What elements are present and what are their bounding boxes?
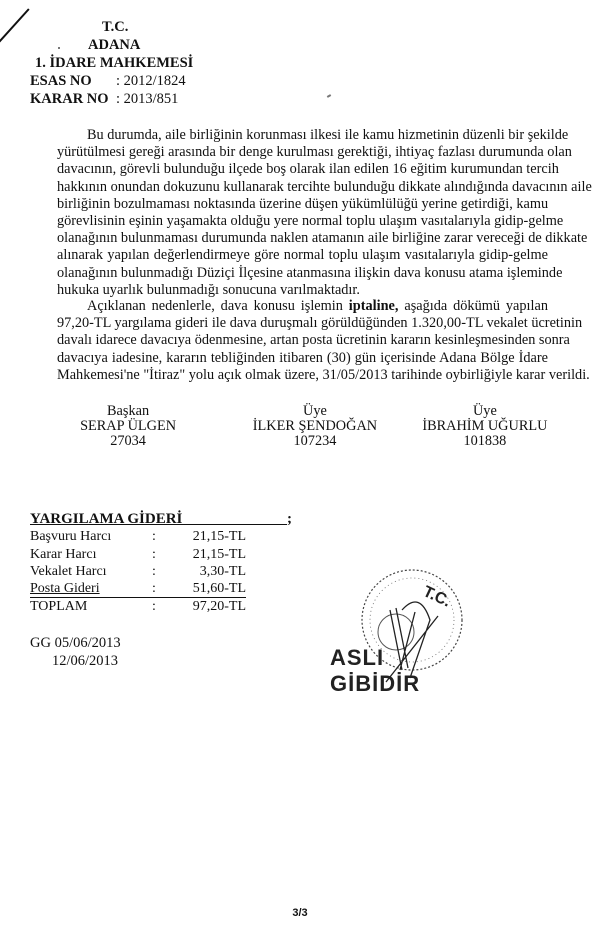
cost-separator: : (152, 563, 174, 581)
dates-block: GG 05/06/2013 12/06/2013 (30, 634, 121, 670)
header-tc: T.C. (30, 18, 193, 36)
costs-table: YARGILAMA GİDERİ ; Başvuru Harcı : 21,15… (30, 510, 292, 615)
signature-number: 27034 (56, 434, 200, 449)
text-line: Açıklanan nedenlerle, dava konusu işlemi… (57, 298, 548, 315)
signature-name: İBRAHİM UĞURLU (414, 419, 556, 434)
cost-separator: : (152, 598, 174, 616)
signature-member-2: Üye İBRAHİM UĞURLU 101838 (414, 404, 556, 449)
text-line: yürütülmesi gereği arasında bir denge ku… (57, 144, 548, 161)
corner-mark (0, 8, 30, 45)
signature-number: 101838 (414, 434, 556, 449)
cost-row: Posta Gideri : 51,60-TL (30, 581, 246, 598)
karar-no-row: KARAR NO : 2013/851 (30, 90, 193, 108)
signature-name: SERAP ÜLGEN (56, 419, 200, 434)
paragraph-reasoning: Bu durumda, aile birliğinin korunması il… (57, 127, 548, 299)
signature-role: Üye (414, 404, 556, 419)
text-line: davalı idarece davacıya ödenmesine, arta… (57, 332, 548, 349)
text-line: alınarak yapılan değerlendirmeye göre no… (57, 247, 548, 264)
signature-role: Başkan (56, 404, 200, 419)
costs-title-text: YARGILAMA GİDERİ (30, 510, 182, 528)
cost-label: Başvuru Harcı (30, 528, 152, 546)
cost-label: Posta Gideri (30, 581, 152, 596)
text-line: olanağının bulunmaması durumunda naklen … (57, 230, 548, 247)
title-underline (182, 510, 287, 525)
cost-separator: : (152, 528, 174, 546)
page-number: 3/3 (0, 907, 600, 919)
text-fragment: Açıklanan nedenlerle, dava konusu işlemi… (87, 298, 349, 314)
cost-separator: : (152, 581, 174, 596)
seal-letters: T.C. (420, 583, 453, 610)
text-line: davacıya iadesine, kararın tebliğinden i… (57, 350, 548, 367)
cost-amount: 3,30-TL (174, 563, 246, 581)
text-line: hakkının onundan dokuzunu kullanarak ter… (57, 179, 548, 196)
signature-role: Üye (220, 404, 410, 419)
cost-amount: 21,15-TL (174, 546, 246, 564)
text-line: olanağının bulunmadığı Düziçi İlçesine a… (57, 265, 548, 282)
cost-label: Vekalet Harcı (30, 563, 152, 581)
cost-row: Karar Harcı : 21,15-TL (30, 546, 246, 564)
header-city: ADANA (30, 36, 193, 54)
text-line: Mahkemesi'ne "İtiraz" yolu açık olmak üz… (57, 367, 548, 384)
costs-title-suffix: ; (287, 510, 292, 528)
cost-total-row: TOPLAM : 97,20-TL (30, 598, 246, 616)
emphasis-iptaline: iptaline, (349, 298, 399, 314)
document-header: T.C. ADANA 1. İDARE MAHKEMESİ ESAS NO : … (30, 18, 193, 108)
text-line: hukuka uyarlık bulunmadığı sonucuna varı… (57, 282, 548, 299)
date-gg: GG 05/06/2013 (30, 634, 121, 652)
cost-total-label: TOPLAM (30, 598, 152, 616)
cost-label: Karar Harcı (30, 546, 152, 564)
text-line: davacının, görevli bulunduğu ilçede boş … (57, 161, 548, 178)
karar-no-label: KARAR NO (30, 90, 116, 108)
text-line: 97,20-TL yargılama gideri ile dava duruş… (57, 315, 548, 332)
paragraph-decision: Açıklanan nedenlerle, dava konusu işlemi… (57, 298, 548, 384)
costs-title: YARGILAMA GİDERİ ; (30, 510, 292, 528)
esas-no-label: ESAS NO (30, 72, 116, 90)
esas-no-value: : 2012/1824 (116, 72, 186, 90)
text-line: birliğinin bozulmaması noktasında üzerin… (57, 196, 548, 213)
header-court: 1. İDARE MAHKEMESİ (30, 54, 193, 72)
text-line: Bu durumda, aile birliğinin korunması il… (57, 127, 548, 144)
signature-name: İLKER ŞENDOĞAN (220, 419, 410, 434)
scan-speck (58, 47, 60, 49)
signature-member-1: Üye İLKER ŞENDOĞAN 107234 (220, 404, 410, 449)
official-stamp: T.C. ASLI GİBİDİR (330, 550, 480, 690)
cost-total-amount: 97,20-TL (174, 598, 246, 616)
cost-row: Vekalet Harcı : 3,30-TL (30, 563, 246, 581)
cost-amount: 21,15-TL (174, 528, 246, 546)
cost-row: Başvuru Harcı : 21,15-TL (30, 528, 246, 546)
cost-amount: 51,60-TL (174, 581, 246, 596)
karar-no-value: : 2013/851 (116, 90, 178, 108)
signature-number: 107234 (220, 434, 410, 449)
cost-separator: : (152, 546, 174, 564)
text-fragment: aşağıda dökümü yapılan (398, 298, 548, 314)
esas-no-row: ESAS NO : 2012/1824 (30, 72, 193, 90)
date-second: 12/06/2013 (30, 652, 121, 670)
scan-speck (327, 94, 331, 98)
signature-president: Başkan SERAP ÜLGEN 27034 (56, 404, 200, 449)
text-line: görevlisinin eşinin yaşamakta olduğu yer… (57, 213, 548, 230)
stamp-text: ASLI GİBİDİR (330, 645, 480, 697)
signature-block: Başkan SERAP ÜLGEN 27034 Üye İLKER ŞENDO… (56, 404, 556, 449)
